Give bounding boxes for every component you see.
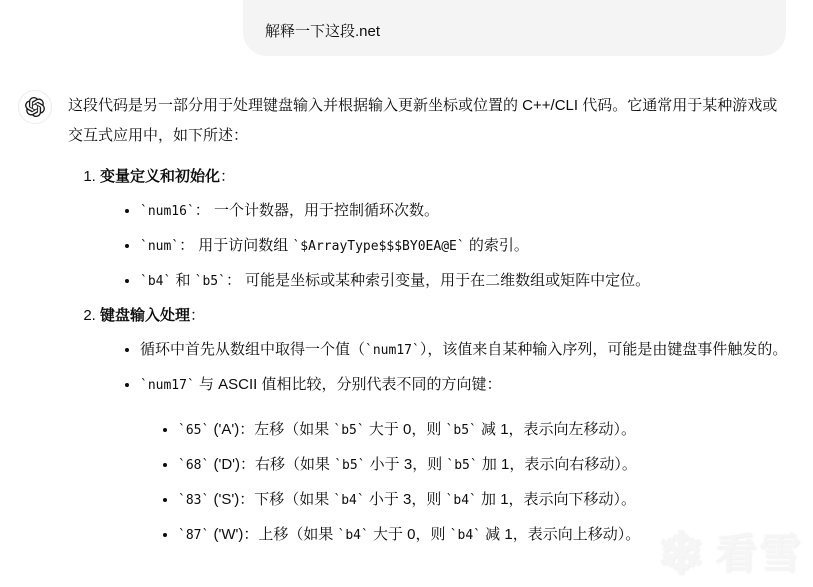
- text-run: ('D')：右移（如果: [209, 456, 334, 473]
- bullet-num16: `num16`： 一个计数器，用于控制循环次数。: [140, 197, 792, 226]
- assistant-message: 这段代码是另一部分用于处理键盘输入并根据输入更新坐标或位置的 C++/CLI 代…: [68, 91, 792, 556]
- inline-code: `b5`: [446, 458, 477, 473]
- inline-code: `b4`: [450, 528, 481, 543]
- openai-logo-icon: [25, 97, 45, 117]
- text-run: ('A')：左移（如果: [209, 421, 333, 438]
- section-heading: 变量定义和初始化: [100, 168, 220, 185]
- bullet-ascii-text: `num17` 与 ASCII 值相比较，分别代表不同的方向键：: [140, 376, 501, 393]
- assistant-avatar: [18, 90, 52, 124]
- bullet-loop-value: 循环中首先从数组中取得一个值（`num17`），该值来自某种输入序列，可能是由键…: [140, 336, 792, 365]
- inline-code: `83`: [178, 493, 209, 508]
- inline-code: `65`: [178, 423, 209, 438]
- text-run: 小于 3，则: [365, 491, 446, 508]
- text-run: 减 1，表示向左移动）。: [477, 421, 636, 438]
- bullet-ascii-compare: `num17` 与 ASCII 值相比较，分别代表不同的方向键： `65` ('…: [140, 371, 792, 550]
- text-run: 加 1，表示向下移动）。: [477, 491, 636, 508]
- text-run: 循环中首先从数组中取得一个值（: [140, 341, 365, 358]
- bullet-num: `num`： 用于访问数组 `$ArrayType$$$BY0EA@E` 的索引…: [140, 232, 792, 261]
- text-run: ： 用于访问数组: [179, 237, 292, 254]
- text-run: ： 可能是坐标或某种索引变量，用于在二维数组或矩阵中定位。: [226, 272, 650, 289]
- inline-code: `b4`: [140, 274, 171, 289]
- inline-code: `b5`: [446, 423, 477, 438]
- text-run: 的索引。: [465, 237, 529, 254]
- list-item-keyboard: 键盘输入处理： 循环中首先从数组中取得一个值（`num17`），该值来自某种输入…: [100, 302, 792, 550]
- inline-code: `num`: [140, 239, 179, 254]
- bullet-list: `num16`： 一个计数器，用于控制循环次数。 `num`： 用于访问数组 `…: [100, 197, 792, 296]
- text-run: 大于 0，则: [365, 421, 446, 438]
- list-item-variables: 变量定义和初始化： `num16`： 一个计数器，用于控制循环次数。 `num`…: [100, 163, 792, 296]
- sub-bullet-key-s: `83` ('S')：下移（如果 `b4` 小于 3，则 `b4` 加 1，表示…: [178, 486, 792, 515]
- text-run: ('S')：下移（如果: [209, 491, 333, 508]
- sub-bullet-key-d: `68` ('D')：右移（如果 `b5` 小于 3，则 `b5` 加 1，表示…: [178, 451, 792, 480]
- inline-code: `num17`: [140, 378, 195, 393]
- section-heading: 键盘输入处理: [100, 307, 190, 324]
- text-run: 与 ASCII 值相比较，分别代表不同的方向键：: [195, 376, 502, 393]
- text-run: 大于 0，则: [369, 526, 450, 543]
- inline-code: `num16`: [140, 204, 195, 219]
- section-heading-colon: ：: [220, 168, 235, 185]
- text-run: 和: [171, 272, 194, 289]
- text-run: ('W')：上移（如果: [209, 526, 337, 543]
- sub-bullet-key-a: `65` ('A')：左移（如果 `b5` 大于 0，则 `b5` 减 1，表示…: [178, 416, 792, 445]
- inline-code: `b4`: [338, 528, 369, 543]
- numbered-list: 变量定义和初始化： `num16`： 一个计数器，用于控制循环次数。 `num`…: [68, 163, 792, 550]
- inline-code: `b5`: [333, 423, 364, 438]
- inline-code: `$ArrayType$$$BY0EA@E`: [292, 239, 464, 254]
- user-message-bubble: 解释一下这段.net: [243, 0, 786, 56]
- inline-code: `b5`: [195, 274, 226, 289]
- bullet-list: 循环中首先从数组中取得一个值（`num17`），该值来自某种输入序列，可能是由键…: [100, 336, 792, 550]
- user-message-text: 解释一下这段.net: [265, 23, 380, 40]
- section-heading-colon: ：: [190, 307, 205, 324]
- inline-code: `num17`: [365, 343, 420, 358]
- text-run: ），该值来自某种输入序列，可能是由键盘事件触发的。: [420, 341, 788, 358]
- sub-bullet-key-w: `87` ('W')：上移（如果 `b4` 大于 0，则 `b4` 减 1，表示…: [178, 521, 792, 550]
- text-run: ： 一个计数器，用于控制循环次数。: [195, 202, 439, 219]
- bullet-b4-b5: `b4` 和 `b5`： 可能是坐标或某种索引变量，用于在二维数组或矩阵中定位。: [140, 267, 792, 296]
- text-run: 减 1，表示向上移动）。: [481, 526, 640, 543]
- text-run: 小于 3，则: [366, 456, 447, 473]
- inline-code: `b4`: [333, 493, 364, 508]
- intro-paragraph: 这段代码是另一部分用于处理键盘输入并根据输入更新坐标或位置的 C++/CLI 代…: [68, 91, 778, 151]
- inline-code: `b4`: [446, 493, 477, 508]
- inline-code: `b5`: [334, 458, 365, 473]
- sub-bullet-list: `65` ('A')：左移（如果 `b5` 大于 0，则 `b5` 减 1，表示…: [140, 416, 792, 550]
- text-run: 加 1，表示向右移动）。: [478, 456, 637, 473]
- inline-code: `87`: [178, 528, 209, 543]
- inline-code: `68`: [178, 458, 209, 473]
